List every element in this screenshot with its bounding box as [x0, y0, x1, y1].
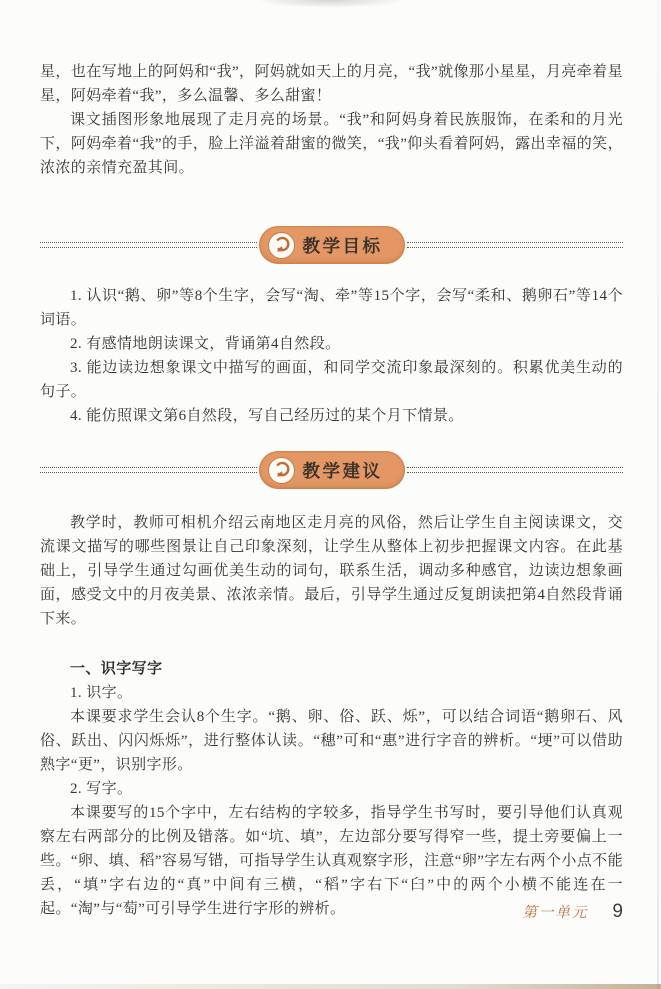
intro-paragraph-2: 课文插图形象地展现了走月亮的场景。“我”和阿妈身着民族服饰，在柔和的月光下，阿妈…: [40, 108, 623, 180]
sub2-heading: 2. 写字。: [40, 777, 623, 801]
objectives-banner-pill: 教学目标: [259, 226, 405, 264]
suggestions-banner-pill: 教学建议: [259, 451, 405, 489]
curved-arrow-icon: [268, 457, 295, 484]
objective-item-3: 3. 能边读边想象课文中描写的画面，和同学交流印象最深刻的。积累优美生动的句子。: [40, 356, 623, 404]
suggestions-banner-label: 教学建议: [303, 458, 383, 483]
book-page: 星，也在写地上的阿妈和“我”，阿妈就如天上的月亮，“我”就像那小星星，月亮牵着星…: [0, 0, 661, 989]
dotted-rule-right: [407, 242, 624, 248]
objective-item-4: 4. 能仿照课文第6自然段，写自己经历过的某个月下情景。: [40, 404, 623, 428]
sub1-paragraph: 本课要求学生会认8个生字。“鹅、卵、俗、跃、烁”，可以结合词语“鹅卵石、风俗、跃…: [40, 705, 623, 777]
objective-item-1: 1. 认识“鹅、卵”等8个生字，会写“淘、牵”等15个字，会写“柔和、鹅卵石”等…: [40, 284, 623, 332]
objective-item-2: 2. 有感情地朗读课文，背诵第4自然段。: [40, 332, 623, 356]
scan-edge-right: [657, 0, 659, 989]
intro-paragraph-1: 星，也在写地上的阿妈和“我”，阿妈就如天上的月亮，“我”就像那小星星，月亮牵着星…: [40, 60, 623, 108]
objectives-banner-label: 教学目标: [303, 233, 383, 258]
dotted-rule-left: [40, 242, 257, 248]
page-content: 星，也在写地上的阿妈和“我”，阿妈就如天上的月亮，“我”就像那小星星，月亮牵着星…: [40, 60, 623, 921]
section-banner-suggestions: 教学建议: [40, 451, 623, 489]
sub1-heading: 1. 识字。: [40, 681, 623, 705]
section1-heading: 一、识字写字: [40, 657, 623, 681]
dotted-rule-left: [40, 467, 257, 473]
curved-arrow-icon: [268, 232, 295, 259]
unit-label: 第一单元: [522, 901, 588, 922]
suggestions-intro-paragraph: 教学时，教师可相机介绍云南地区走月亮的风俗，然后让学生自主阅读课文，交流课文描写…: [40, 511, 623, 631]
page-footer: 第一单元 9: [522, 901, 623, 923]
section-banner-objectives: 教学目标: [40, 226, 623, 264]
scan-edge-bottom: [0, 984, 661, 989]
scan-smudge: [255, 0, 405, 8]
dotted-rule-right: [407, 467, 624, 473]
page-number: 9: [612, 901, 623, 923]
